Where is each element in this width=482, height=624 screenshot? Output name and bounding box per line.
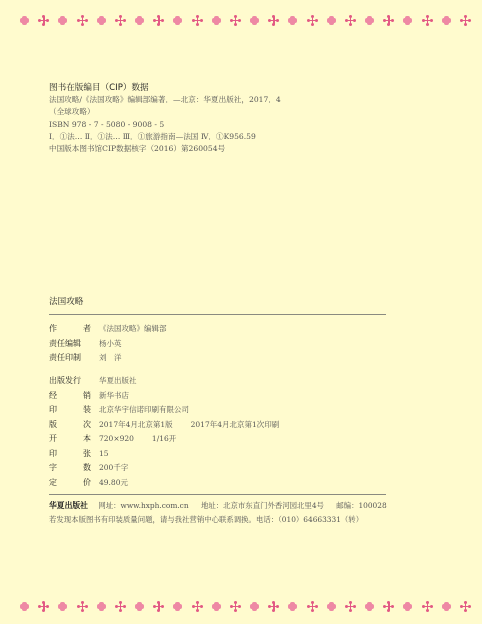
- cip-classification: Ⅰ．①法… Ⅱ．①法… Ⅲ．①旅游指南—法国 Ⅳ．①K956.59: [49, 131, 281, 143]
- flower-icon: [20, 602, 29, 611]
- pub-value: 新华书店: [99, 389, 129, 404]
- flower-icon: [327, 16, 336, 25]
- divider: [49, 494, 386, 495]
- cip-line: 法国攻略/《法国攻略》编辑部编著．—北京：华夏出版社，2017．4: [49, 94, 281, 106]
- pub-row-word-count: 字数 200千字: [49, 461, 279, 476]
- cross-icon: [78, 16, 87, 25]
- cross-icon: [116, 602, 125, 611]
- pub-value: 华夏出版社: [99, 374, 137, 389]
- pub-label: 印装: [49, 403, 99, 418]
- pub-value: 15: [99, 447, 109, 462]
- publisher-name: 华夏出版社: [49, 501, 88, 510]
- cross-icon: [269, 16, 278, 25]
- cross-icon: [78, 602, 87, 611]
- flower-icon: [173, 16, 182, 25]
- pub-label: 版次: [49, 418, 99, 433]
- cip-title: 图书在版编目（CIP）数据: [49, 82, 281, 94]
- cross-icon: [308, 602, 317, 611]
- credits-block: 作 者 《法国攻略》编辑部 责任编辑 杨小英 责任印制 刘 洋: [49, 322, 167, 366]
- flower-icon: [212, 16, 221, 25]
- pub-row-publisher: 出版发行 华夏出版社: [49, 374, 279, 389]
- cross-icon: [346, 602, 355, 611]
- cip-record-number: 中国版本图书馆CIP数据核字（2016）第260054号: [49, 143, 281, 155]
- publisher-contact-line: 华夏出版社 网址：www.hxph.com.cn 地址：北京市东直门外香河园北里…: [49, 499, 387, 513]
- quality-notice: 若发现本版图书有印装质量问题，请与我社营销中心联系调换。电话：（010）6466…: [49, 513, 387, 527]
- pub-label: 开本: [49, 432, 99, 447]
- flower-icon: [135, 16, 144, 25]
- pub-value: 2017年4月北京第1版2017年4月北京第1次印刷: [99, 418, 279, 433]
- top-ornament-border: [20, 13, 470, 27]
- cross-icon: [423, 602, 432, 611]
- cip-data-block: 图书在版编目（CIP）数据 法国攻略/《法国攻略》编辑部编著．—北京：华夏出版社…: [49, 82, 281, 155]
- cross-icon: [384, 602, 393, 611]
- pub-row-distributor: 经销 新华书店: [49, 389, 279, 404]
- book-title: 法国攻略: [49, 295, 83, 307]
- pub-row-printer: 印装 北京华宇信诺印刷有限公司: [49, 403, 279, 418]
- cross-icon: [193, 602, 202, 611]
- flower-icon: [97, 602, 106, 611]
- cross-icon: [308, 16, 317, 25]
- publisher-address: 地址：北京市东直门外香河园北里4号: [201, 501, 324, 510]
- pub-value: 49.80元: [99, 476, 128, 491]
- flower-icon: [442, 602, 451, 611]
- cross-icon: [269, 602, 278, 611]
- flower-icon: [365, 602, 374, 611]
- cross-icon: [116, 16, 125, 25]
- cross-icon: [231, 602, 240, 611]
- flower-icon: [365, 16, 374, 25]
- cross-icon: [461, 602, 470, 611]
- flower-icon: [327, 602, 336, 611]
- cip-line: （全球攻略）: [49, 106, 281, 118]
- flower-icon: [97, 16, 106, 25]
- cross-icon: [384, 16, 393, 25]
- cross-icon: [154, 602, 163, 611]
- cross-icon: [193, 16, 202, 25]
- flower-icon: [58, 16, 67, 25]
- pub-row-sheets: 印张 15: [49, 447, 279, 462]
- flower-icon: [250, 602, 259, 611]
- flower-icon: [58, 602, 67, 611]
- flower-icon: [442, 16, 451, 25]
- credit-label: 责任编辑: [49, 337, 99, 352]
- flower-icon: [288, 602, 297, 611]
- cross-icon: [423, 16, 432, 25]
- pub-row-format: 开本 720×9201/16开: [49, 432, 279, 447]
- flower-icon: [403, 602, 412, 611]
- credit-label: 责任印制: [49, 351, 99, 366]
- credit-row-author: 作 者 《法国攻略》编辑部: [49, 322, 167, 337]
- cross-icon: [39, 16, 48, 25]
- publication-info-block: 出版发行 华夏出版社 经销 新华书店 印装 北京华宇信诺印刷有限公司 版次 20…: [49, 374, 279, 490]
- cross-icon: [461, 16, 470, 25]
- pub-label: 出版发行: [49, 374, 99, 389]
- pub-label: 经销: [49, 389, 99, 404]
- credit-value: 刘 洋: [99, 351, 122, 366]
- publisher-postcode: 邮编：100028: [336, 501, 386, 510]
- credit-row-printing: 责任印制 刘 洋: [49, 351, 167, 366]
- cross-icon: [39, 602, 48, 611]
- pub-row-edition: 版次 2017年4月北京第1版2017年4月北京第1次印刷: [49, 418, 279, 433]
- flower-icon: [403, 16, 412, 25]
- flower-icon: [212, 602, 221, 611]
- pub-label: 印张: [49, 447, 99, 462]
- cross-icon: [231, 16, 240, 25]
- publisher-website: 网址：www.hxph.com.cn: [98, 501, 188, 510]
- credit-row-editor: 责任编辑 杨小英: [49, 337, 167, 352]
- cross-icon: [154, 16, 163, 25]
- cross-icon: [346, 16, 355, 25]
- flower-icon: [250, 16, 259, 25]
- flower-icon: [288, 16, 297, 25]
- credit-value: 杨小英: [99, 337, 122, 352]
- flower-icon: [135, 602, 144, 611]
- pub-label: 定价: [49, 476, 99, 491]
- cip-isbn: ISBN 978 - 7 - 5080 - 9008 - 5: [49, 119, 281, 131]
- credit-value: 《法国攻略》编辑部: [99, 322, 167, 337]
- pub-value: 200千字: [99, 461, 128, 476]
- publisher-footer: 华夏出版社 网址：www.hxph.com.cn 地址：北京市东直门外香河园北里…: [49, 499, 387, 527]
- divider: [49, 314, 386, 315]
- flower-icon: [20, 16, 29, 25]
- bottom-ornament-border: [20, 599, 470, 613]
- pub-value: 720×9201/16开: [99, 432, 176, 447]
- flower-icon: [173, 602, 182, 611]
- pub-value: 北京华宇信诺印刷有限公司: [99, 403, 189, 418]
- credit-label: 作 者: [49, 322, 99, 337]
- pub-row-price: 定价 49.80元: [49, 476, 279, 491]
- pub-label: 字数: [49, 461, 99, 476]
